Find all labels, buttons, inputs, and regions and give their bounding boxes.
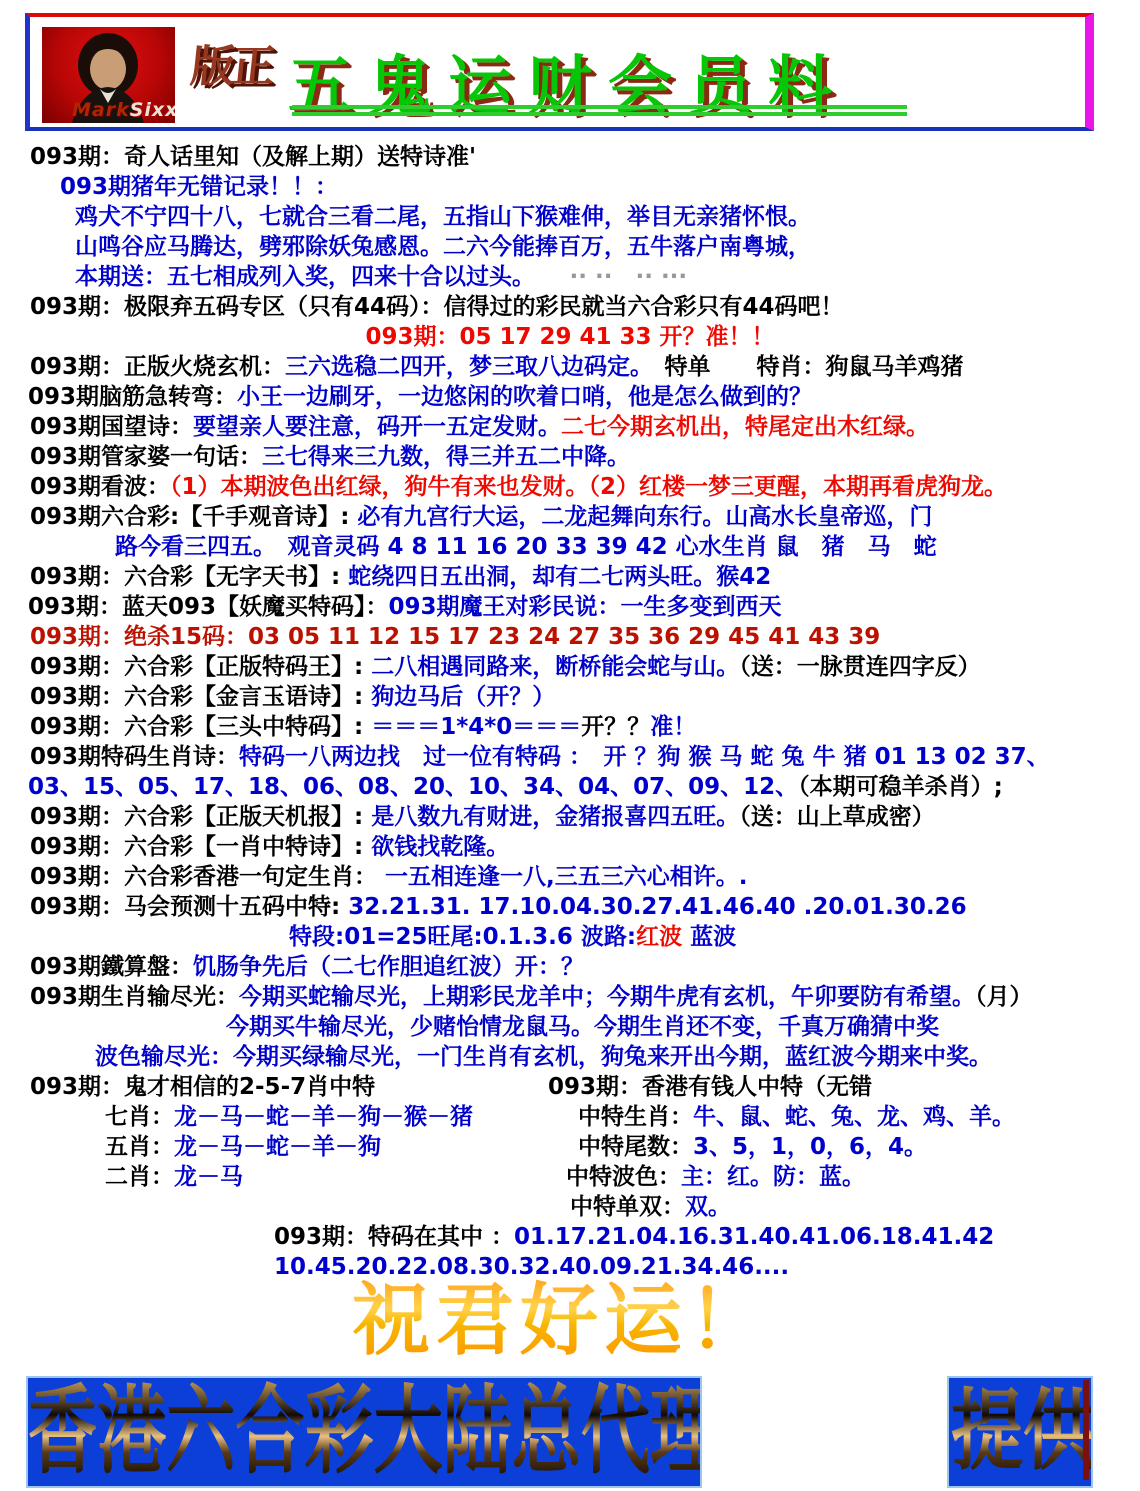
text-segment: 特码一八两边找 过一位有特码 ： 开 ？狗 猴 马 蛇 兔 牛 猪 01 13 …	[239, 744, 1050, 770]
text-line: 二肖：龙－马中特波色：主：红。防：蓝。	[0, 1162, 1140, 1192]
text-line: 093期六合彩:【千手观音诗】: 必有九宫行大运，二龙起舞向东行。山高水长皇帝巡…	[0, 502, 1140, 532]
text-line: 093期：05 17 29 41 33 开？准！！	[0, 322, 1140, 352]
text-line: 093期：马会预测十五码中特: 32.21.31. 17.10.04.30.27…	[0, 892, 1140, 922]
text-line-right-column: 093期：香港有钱人中特（无错	[548, 1072, 872, 1102]
text-line: 093期特码生肖诗：特码一八两边找 过一位有特码 ： 开 ？狗 猴 马 蛇 兔 …	[0, 742, 1140, 772]
text-line: 今期买牛输尽光，少赌怡情龙鼠马。今期生肖还不变，千真万确猜中奖	[0, 1012, 1140, 1042]
text-line: 093期脑筋急转弯：小王一边刷牙，一边悠闲的吹着口哨，他是怎么做到的？	[0, 382, 1140, 412]
text-segment: 波色输尽光：	[95, 1044, 233, 1070]
header-box: MarkSixx 正版 五鬼运财会员料	[25, 13, 1094, 131]
text-segment: 山鸣谷应马腾达，劈邪除妖兔感恩。二六今能捧百万，五牛落户南粤城，	[75, 234, 811, 260]
text-segment: 开？？	[581, 714, 650, 740]
text-line: 093期：鬼才相信的2-5-7肖中特093期：香港有钱人中特（无错	[0, 1072, 1140, 1102]
text-line: 七肖：龙－马－蛇－羊－狗－猴－猪中特生肖：牛、鼠、蛇、兔、龙、鸡、羊。	[0, 1102, 1140, 1132]
body-lines: 093期：奇人话里知（及解上期）送特诗准'093期猪年无错记录！！：鸡犬不宁四十…	[0, 142, 1140, 1282]
text-segment: 龙－马－蛇－羊－狗	[174, 1134, 381, 1160]
text-segment: 饥肠争先后（二七作胆追红波）开：？	[193, 954, 584, 980]
text-segment: （送：山上草成密）	[739, 804, 935, 830]
text-segment: 狗边马后（开？）	[371, 684, 555, 710]
text-segment: 093期：05 17 29 41 33 开？准！！	[365, 324, 774, 350]
text-segment: 093期看波：	[30, 474, 170, 500]
text-line: 山鸣谷应马腾达，劈邪除妖兔感恩。二六今能捧百万，五牛落户南粤城，	[0, 232, 1140, 262]
text-segment: 红波	[636, 924, 682, 950]
text-segment: 093期特码生肖诗：	[30, 744, 239, 770]
text-segment: 特单 特肖：狗鼠马羊鸡猪	[642, 354, 964, 380]
text-line-right-column: 中特单双：双。	[570, 1192, 731, 1222]
text-line-right-column: 中特波色：主：红。防：蓝。	[566, 1162, 865, 1192]
text-segment: 093期：马会预测十五码中特:	[30, 894, 348, 920]
photo-caption-mark: Mark	[72, 99, 130, 121]
text-segment: （本期可稳羊杀肖）;	[798, 774, 1003, 800]
text-line: 093期鐵算盤：饥肠争先后（二七作胆追红波）开：？	[0, 952, 1140, 982]
text-segment: 五肖：	[105, 1134, 174, 1160]
text-segment: 093期：正版火烧玄机：	[30, 354, 285, 380]
text-line: 093期看波：（1）本期波色出红绿，狗牛有来也发财。（2）红楼一梦三更醒，本期再…	[0, 472, 1140, 502]
text-segment: 一五相连逢一八,三五三六心相许。.	[385, 864, 747, 890]
text-segment: 093期：六合彩【三头中特码】:	[30, 714, 371, 740]
text-line: 093期：正版火烧玄机：三六选稳二四开，梦三取八边码定。 特单 特肖：狗鼠马羊鸡…	[0, 352, 1140, 382]
text-segment: 中特尾数：	[578, 1134, 693, 1160]
text-segment: 是八数九有财进，金猪报喜四五旺。	[371, 804, 739, 830]
blessing-text: 祝君好运！	[352, 1258, 772, 1370]
text-segment: 3、5，1，0，6，4。	[693, 1134, 927, 1160]
text-segment: （月）	[975, 984, 1033, 1010]
text-segment: 二八相遇同路来，断桥能会蛇与山。	[371, 654, 739, 680]
text-segment: 093期生肖输尽光：	[30, 984, 239, 1010]
text-segment: 准！	[650, 714, 696, 740]
text-segment: 七肖：	[105, 1104, 174, 1130]
text-line: 路今看三四五。 观音灵码 4 8 11 16 20 33 39 42 心水生肖 …	[0, 532, 1140, 562]
photo-caption: MarkSixx	[72, 99, 175, 121]
text-segment: 主：红。防：蓝。	[681, 1164, 865, 1190]
text-line: 093期：六合彩【金言玉语诗】: 狗边马后（开？）	[0, 682, 1140, 712]
text-segment: 03、15、05、17、18、06、08、20、10、34、04、07、09、1…	[28, 774, 798, 800]
text-segment: 093期脑筋急转弯：	[28, 384, 237, 410]
text-segment: 093期：六合彩香港一句定生肖：	[30, 864, 385, 890]
edition-label: 正版	[198, 43, 271, 127]
text-segment: 093期：极限弃五码专区（只有44码）：信得过的彩民就当六合彩只有44码吧！	[30, 294, 844, 320]
text-segment: 必有九宫行大运，二龙起舞向东行。山高水长皇帝巡，门	[357, 504, 932, 530]
text-segment: 二肖：	[105, 1164, 174, 1190]
text-line: 093期管家婆一句话：三七得来三九数，得三并五二中降。	[0, 442, 1140, 472]
photo-caption-sixx: Sixx	[130, 99, 175, 121]
text-segment: 093期：奇人话里知（及解上期）送特诗准'	[30, 144, 476, 170]
text-segment: 01.17.21.04.16.31.40.41.06.18.41.42	[514, 1224, 994, 1250]
text-segment: （1）本期波色出红绿，狗牛有来也发财。（2）红楼一梦三更醒，本期再看虎狗龙。	[170, 474, 1007, 500]
text-line: 03、15、05、17、18、06、08、20、10、34、04、07、09、1…	[0, 772, 1140, 802]
text-line: 093期：六合彩【三头中特码】: ＝＝＝1*4*0＝＝＝开？？准！	[0, 712, 1140, 742]
title-underline-top	[292, 105, 907, 109]
text-segment: 蛇绕四日五出洞，却有二七两头旺。猴42	[348, 564, 771, 590]
text-line: 093期：六合彩【一肖中特诗】: 欲钱找乾隆。	[0, 832, 1140, 862]
text-segment: 093期：六合彩【一肖中特诗】:	[30, 834, 371, 860]
text-segment: 三六选稳二四开，梦三取八边码定。	[285, 354, 642, 380]
text-segment: 鸡犬不宁四十八，七就合三看二尾，五指山下猴难伸，举目无亲猪怀恨。	[75, 204, 811, 230]
text-segment: 欲钱找乾隆。	[371, 834, 509, 860]
text-segment: 093期鐵算盤：	[30, 954, 193, 980]
text-line: 093期：绝杀15码：03 05 11 12 15 17 23 24 27 35…	[0, 622, 1140, 652]
provide-banner: 提供	[947, 1376, 1093, 1488]
text-segment: 093期：蓝天093【妖魔买特码】：	[28, 594, 389, 620]
text-segment: 093期六合彩:【千手观音诗】:	[30, 504, 357, 530]
text-segment: ＝＝＝1*4*0＝＝＝	[371, 714, 581, 740]
text-line: 中特单双：双。	[0, 1192, 1140, 1222]
text-line: 093期生肖输尽光：今期买蛇输尽光，上期彩民龙羊中；今期牛虎有玄机，午卯要防有希…	[0, 982, 1140, 1012]
text-segment: 牛、鼠、蛇、兔、龙、鸡、羊。	[693, 1104, 1015, 1130]
agent-banner-text: 香港六合彩大陆总代理	[28, 1378, 702, 1484]
text-segment: 093期：六合彩【正版特码王】:	[30, 654, 371, 680]
text-segment: 龙－马－蛇－羊－狗－猴－猪	[174, 1104, 473, 1130]
text-line: 093期：六合彩香港一句定生肖： 一五相连逢一八,三五三六心相许。.	[0, 862, 1140, 892]
text-segment: 093期：六合彩【正版天机报】:	[30, 804, 371, 830]
text-segment: 龙－马	[174, 1164, 243, 1190]
text-segment: 中特单双：	[570, 1194, 685, 1220]
text-segment: 093期国望诗：	[30, 414, 193, 440]
text-segment: 中特生肖：	[578, 1104, 693, 1130]
text-segment: （送：一脉贯连四字反）	[739, 654, 981, 680]
text-segment: 093期：六合彩【无字天书】:	[30, 564, 348, 590]
text-segment: 中特波色：	[566, 1164, 681, 1190]
text-line: 波色输尽光：今期买绿输尽光，一门生肖有玄机，狗兔来开出今期，蓝红波今期来中奖。	[0, 1042, 1140, 1072]
text-line: 093期：六合彩【无字天书】: 蛇绕四日五出洞，却有二七两头旺。猴42	[0, 562, 1140, 592]
text-segment: 093期：六合彩【金言玉语诗】:	[30, 684, 371, 710]
text-segment: 今期买绿输尽光，一门生肖有玄机，狗兔来开出今期，蓝红波今期来中奖。	[233, 1044, 992, 1070]
text-segment: 双。	[685, 1194, 731, 1220]
text-segment: ·· ·· ·· ···	[524, 264, 688, 290]
text-segment: 本期送：五七相成列入奖，四来十合以过头。	[75, 264, 524, 290]
text-segment: 今期买牛输尽光，少赌怡情龙鼠马。今期生肖还不变，千真万确猜中奖	[226, 1014, 939, 1040]
text-segment: 093期：鬼才相信的2-5-7肖中特	[30, 1074, 375, 1100]
text-line: 093期：极限弃五码专区（只有44码）：信得过的彩民就当六合彩只有44码吧！	[0, 292, 1140, 322]
text-segment: 093期：香港有钱人中特（无错	[548, 1074, 872, 1100]
text-line-right-column: 中特生肖：牛、鼠、蛇、兔、龙、鸡、羊。	[578, 1102, 1015, 1132]
text-segment: 093期魔王对彩民说：一生多变到西天	[389, 594, 782, 620]
text-line-right-column: 中特尾数：3、5，1，0，6，4。	[578, 1132, 927, 1162]
text-line: 093期猪年无错记录！！：	[0, 172, 1140, 202]
text-segment: 三七得来三九数，得三并五二中降。	[262, 444, 630, 470]
text-line: 鸡犬不宁四十八，七就合三看二尾，五指山下猴难伸，举目无亲猪怀恨。	[0, 202, 1140, 232]
text-segment: 路今看三四五。 观音灵码 4 8 11 16 20 33 39 42 心水生肖 …	[115, 534, 937, 560]
text-line: 093期：奇人话里知（及解上期）送特诗准'	[0, 142, 1140, 172]
text-segment: 二七今期玄机出，特尾定出木红绿。	[561, 414, 929, 440]
agent-banner: 香港六合彩大陆总代理	[26, 1376, 702, 1488]
text-line: 本期送：五七相成列入奖，四来十合以过头。 ·· ·· ·· ···	[0, 262, 1140, 292]
text-line: 093期：六合彩【正版天机报】: 是八数九有财进，金猪报喜四五旺。（送：山上草成…	[0, 802, 1140, 832]
text-segment: 蓝波	[682, 924, 736, 950]
text-segment: 093期：绝杀15码：03 05 11 12 15 17 23 24 27 35…	[30, 624, 880, 650]
text-line: 093期国望诗：要望亲人要注意，码开一五定发财。二七今期玄机出，特尾定出木红绿。	[0, 412, 1140, 442]
title-underline-bottom	[292, 112, 907, 116]
text-segment: 特段:01=25旺尾:0.1.3.6 波路:	[289, 924, 636, 950]
text-segment: 32.21.31. 17.10.04.30.27.41.46.40 .20.01…	[348, 894, 966, 920]
text-segment: 要望亲人要注意，码开一五定发财。	[193, 414, 561, 440]
red-divider-line	[1083, 1380, 1089, 1480]
text-segment: 小王一边刷牙，一边悠闲的吹着口哨，他是怎么做到的？	[237, 384, 812, 410]
text-line: 093期：特码在其中 ：01.17.21.04.16.31.40.41.06.1…	[0, 1222, 1140, 1252]
text-line: 093期：六合彩【正版特码王】: 二八相遇同路来，断桥能会蛇与山。（送：一脉贯连…	[0, 652, 1140, 682]
text-line: 093期：蓝天093【妖魔买特码】：093期魔王对彩民说：一生多变到西天	[0, 592, 1140, 622]
text-line: 五肖：龙－马－蛇－羊－狗中特尾数：3、5，1，0，6，4。	[0, 1132, 1140, 1162]
text-segment: 093期：特码在其中 ：	[274, 1224, 514, 1250]
text-segment: 093期猪年无错记录！！：	[60, 174, 338, 200]
editor-photo: MarkSixx	[42, 27, 175, 123]
text-segment: 093期管家婆一句话：	[30, 444, 262, 470]
text-line: 特段:01=25旺尾:0.1.3.6 波路:红波 蓝波	[0, 922, 1140, 952]
provide-banner-text: 提供	[951, 1378, 1093, 1484]
text-segment: 今期买蛇输尽光，上期彩民龙羊中；今期牛虎有玄机，午卯要防有希望。	[239, 984, 975, 1010]
